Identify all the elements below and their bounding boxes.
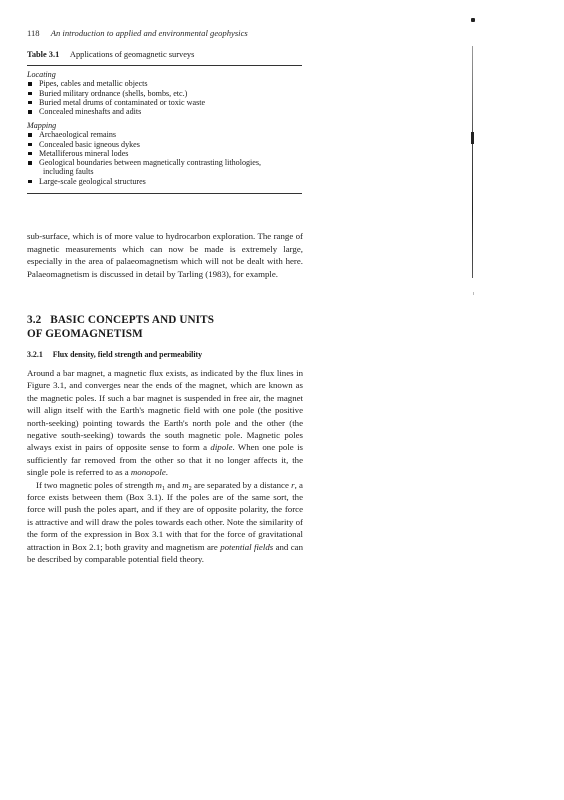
running-header: 118 An introduction to applied and envir… [27, 28, 248, 38]
section-title-line1: BASIC CONCEPTS AND UNITS [50, 314, 214, 326]
table-bottom-rule [27, 193, 302, 194]
running-title: An introduction to applied and environme… [51, 28, 248, 38]
list-item: Buried metal drums of contaminated or to… [27, 98, 317, 107]
list-item: Large-scale geological structures [27, 177, 317, 186]
list-item-continuation: including faults [39, 167, 317, 176]
list-item-text: Concealed mineshafts and adits [39, 107, 141, 116]
text-run: . [166, 467, 168, 477]
list-item: Geological boundaries between magnetical… [27, 158, 317, 177]
group-label: Mapping [27, 121, 317, 130]
section-number: 3.2 [27, 314, 41, 326]
subsection-number: 3.2.1 [27, 350, 43, 359]
list-item-text: Large-scale geological structures [39, 177, 146, 186]
list-item: Archaeological remains [27, 130, 317, 139]
body-paragraph-2: If two magnetic poles of strength m1 and… [27, 479, 303, 566]
margin-dot [473, 292, 474, 295]
margin-revision-line [472, 46, 473, 278]
table-group-locating: Locating Pipes, cables and metallic obje… [27, 70, 317, 116]
list-item: Concealed mineshafts and adits [27, 107, 317, 116]
list-item: Pipes, cables and metallic objects [27, 79, 317, 88]
table-group-mapping: Mapping Archaeological remains Concealed… [27, 121, 317, 186]
list-item-text: Buried military ordnance (shells, bombs,… [39, 89, 187, 98]
text-run: and [165, 480, 182, 490]
text-run: Around a bar magnet, a magnetic flux exi… [27, 368, 303, 452]
body-paragraph-1: Around a bar magnet, a magnetic flux exi… [27, 367, 303, 479]
list-item-text: Pipes, cables and metallic objects [39, 79, 148, 88]
subsection-heading: 3.2.1Flux density, field strength and pe… [27, 350, 202, 359]
term-monopole: monopole [131, 467, 166, 477]
subsection-title: Flux density, field strength and permeab… [53, 350, 202, 359]
text-run: If two magnetic poles of strength [36, 480, 156, 490]
list-item-text: Metalliferous mineral lodes [39, 149, 128, 158]
list-item-text: Geological boundaries between magnetical… [39, 158, 261, 167]
section-title-line2: OF GEOMAGNETISM [27, 327, 214, 341]
intro-paragraph: sub-surface, which is of more value to h… [27, 230, 303, 280]
table-label: Table 3.1 [27, 50, 59, 59]
group-label: Locating [27, 70, 317, 79]
table-caption: Table 3.1 Applications of geomagnetic su… [27, 50, 194, 59]
paragraph-text: sub-surface, which is of more value to h… [27, 230, 303, 280]
term-potential-fields: potential fields [220, 542, 273, 552]
list-item: Concealed basic igneous dykes [27, 140, 317, 149]
section-heading: 3.2BASIC CONCEPTS AND UNITS OF GEOMAGNET… [27, 313, 214, 341]
table-body: Locating Pipes, cables and metallic obje… [27, 70, 317, 186]
list-item: Buried military ordnance (shells, bombs,… [27, 89, 317, 98]
margin-tick [471, 132, 474, 144]
page-number: 118 [27, 28, 40, 38]
term-dipole: dipole [210, 442, 232, 452]
list-item-text: Buried metal drums of contaminated or to… [39, 98, 205, 107]
list-item-text: Concealed basic igneous dykes [39, 140, 140, 149]
list-item-text: Archaeological remains [39, 130, 116, 139]
body-text: Around a bar magnet, a magnetic flux exi… [27, 367, 303, 566]
text-run: are separated by a distance [192, 480, 291, 490]
table-top-rule [27, 65, 302, 66]
margin-mark [471, 18, 475, 22]
list-item: Metalliferous mineral lodes [27, 149, 317, 158]
table-title: Applications of geomagnetic surveys [70, 50, 194, 59]
